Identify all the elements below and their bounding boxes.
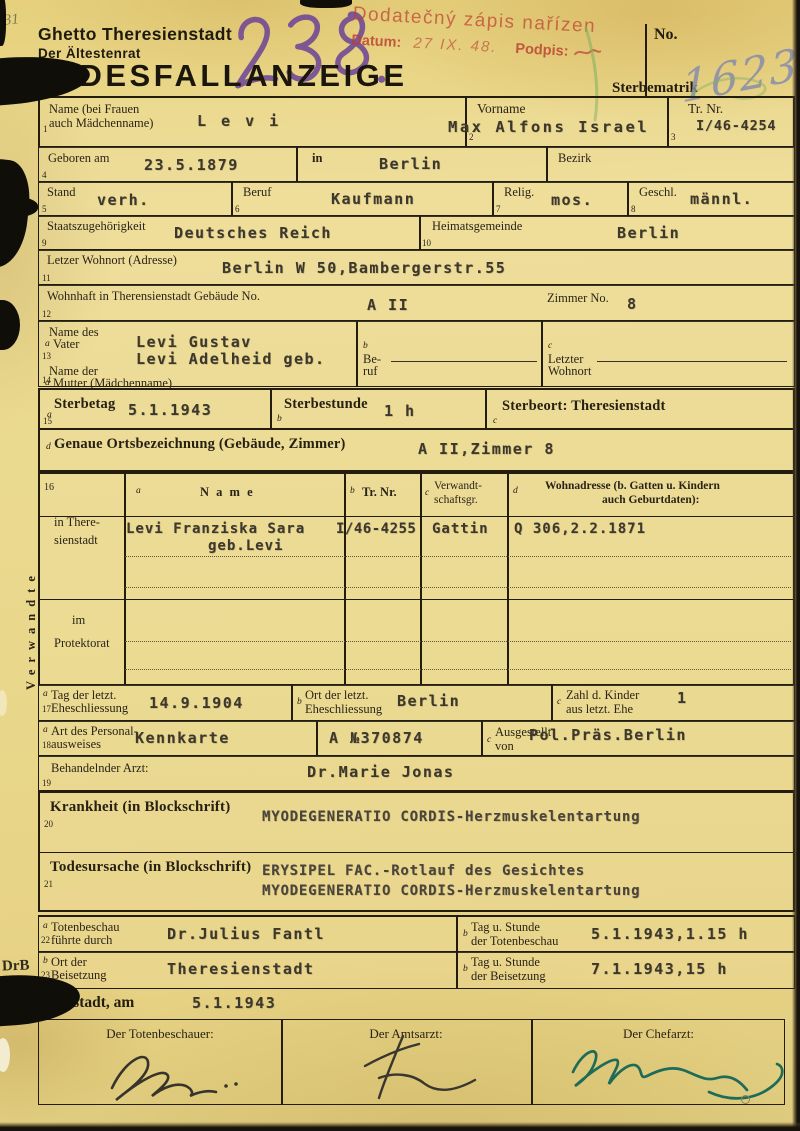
field-number: 3 bbox=[671, 132, 676, 142]
divider bbox=[296, 147, 298, 182]
sub-letter: a bbox=[43, 689, 48, 699]
sub-letter: a bbox=[43, 921, 48, 931]
death-notice-form-scan: 31 Ghetto Theresienstadt Der Ältestenrat… bbox=[0, 0, 800, 1131]
row-letzter-wohnort: Letzer Wohnort (Adresse) 11 Berlin W 50,… bbox=[38, 249, 795, 286]
geschl-value: männl. bbox=[690, 190, 753, 208]
sub-letter: c bbox=[487, 735, 491, 745]
totenbeschau-value: Dr.Julius Fantl bbox=[167, 925, 325, 943]
field-number: 22 bbox=[41, 935, 50, 945]
divider bbox=[356, 321, 358, 386]
wohnort-value: Berlin W 50,Bambergerstr.55 bbox=[222, 259, 506, 277]
relig-label: Relig. bbox=[504, 186, 534, 198]
staats-value: Deutsches Reich bbox=[174, 224, 332, 242]
ausweis-label1: Art des Personal- bbox=[51, 725, 138, 737]
relative-name-line2: geb.Levi bbox=[208, 538, 283, 554]
ehe-ort-label2: Eheschliessung bbox=[305, 703, 382, 715]
col-verwandtschaft-header1: Verwandt- bbox=[434, 480, 482, 492]
tag-totenbeschau-value: 5.1.1943,1.15 h bbox=[591, 925, 749, 943]
scan-edge-right bbox=[792, 0, 800, 1131]
divider bbox=[231, 182, 233, 216]
ort-datum-value: 5.1.1943 bbox=[192, 994, 276, 1012]
beruf-label: Beruf bbox=[243, 186, 271, 198]
row-name: Name (bei Frauen auch Mädchenname) 1 L e… bbox=[38, 96, 795, 148]
name-label: Name (bei Frauen bbox=[49, 103, 139, 115]
divider bbox=[270, 390, 272, 428]
wohnhaft-label: Wohnhaft in Therensienstadt Gebäude No. bbox=[47, 290, 260, 302]
field-number: 17 bbox=[42, 704, 51, 714]
krankheit-label: Krankheit (in Blockschrift) bbox=[50, 799, 230, 816]
ehe-label2: Eheschliessung bbox=[51, 702, 128, 714]
field-number: 20 bbox=[44, 819, 53, 829]
tag-totenbeschau-label2: der Totenbeschau bbox=[471, 935, 558, 947]
gebaeude-value: A II bbox=[367, 296, 409, 314]
divider bbox=[541, 321, 543, 386]
field-number: 4 bbox=[42, 170, 47, 180]
totenbeschau-label2: führte durch bbox=[51, 934, 112, 946]
blank-line bbox=[391, 361, 537, 362]
ehe-ort-label1: Ort der letzt. bbox=[305, 689, 369, 701]
field-number: 12 bbox=[42, 309, 51, 319]
sub-letter: b bbox=[43, 956, 48, 966]
beisetzung-value: Theresienstadt bbox=[167, 960, 314, 978]
sub-letter: a bbox=[45, 339, 50, 349]
ausgestellt-value: Pol.Präs.Berlin bbox=[529, 726, 687, 744]
zimmer-label: Zimmer No. bbox=[547, 292, 609, 304]
row-totenbeschau: a Totenbeschau führte durch 22 Dr.Julius… bbox=[38, 915, 795, 953]
kinder-label2: aus letzt. Ehe bbox=[566, 703, 633, 715]
divider bbox=[507, 474, 509, 684]
relative-wohnadresse: Q 306,2.2.1871 bbox=[514, 521, 646, 537]
ausweis-nr-value: A №370874 bbox=[329, 729, 424, 747]
tag-beisetzung-value: 7.1.1943,15 h bbox=[591, 960, 728, 978]
ausweis-label2: ausweises bbox=[51, 738, 101, 750]
trnr-value: I/46-4254 bbox=[696, 118, 776, 134]
beisetzung-label1: Ort der bbox=[51, 956, 87, 968]
divider bbox=[456, 952, 458, 988]
mutter-value: Levi Adelheid geb. bbox=[136, 350, 326, 368]
trnr-label: Tr. Nr. bbox=[688, 103, 723, 115]
sub-letter: c bbox=[493, 416, 497, 426]
field-number: 16 bbox=[44, 482, 54, 493]
relatives-table: 16 a N a m e b Tr. Nr. c Verwandt- schaf… bbox=[38, 472, 795, 686]
amtsarzt-signature bbox=[307, 1028, 507, 1100]
col-wohnadresse-header2: auch Geburtdaten): bbox=[602, 494, 699, 506]
divider bbox=[627, 182, 629, 216]
geburtsort-value: Berlin bbox=[379, 155, 442, 173]
col-wohnadresse-header1: Wohnadresse (b. Gatten u. Kindern bbox=[545, 480, 720, 492]
sterbetag-value: 5.1.1943 bbox=[128, 401, 212, 419]
todesursache-label: Todesursache (in Blockschrift) bbox=[50, 859, 251, 876]
sub-letter: c bbox=[557, 697, 561, 707]
arzt-value: Dr.Marie Jonas bbox=[307, 763, 454, 781]
heimat-label: Heimatsgemeinde bbox=[432, 220, 522, 232]
relative-trnr: I/46-4255 bbox=[336, 521, 416, 537]
stamp-datum-label: Datum: bbox=[351, 32, 402, 51]
dotted-line bbox=[125, 587, 791, 588]
ink-blot-left-1b bbox=[4, 196, 38, 218]
sub-letter: c bbox=[548, 341, 552, 351]
row-behandelnder-arzt: Behandelnder Arzt: 19 Dr.Marie Jonas bbox=[38, 755, 795, 791]
divider bbox=[124, 474, 126, 684]
ehe-ort-value: Berlin bbox=[397, 692, 460, 710]
kinder-label1: Zahl d. Kinder bbox=[566, 689, 639, 701]
row-wohnhaft: Wohnhaft in Therensienstadt Gebäude No. … bbox=[38, 284, 795, 322]
bezirk-label: Bezirk bbox=[558, 152, 591, 164]
in-label: in bbox=[312, 152, 322, 164]
section-divider bbox=[40, 599, 793, 600]
field-number: 8 bbox=[631, 204, 636, 214]
field-number: 15 bbox=[43, 416, 52, 426]
genaue-orts-label: Genaue Ortsbezeichnung (Gebäude, Zimmer) bbox=[54, 436, 346, 453]
ink-blot-left-2 bbox=[0, 300, 20, 350]
section-protektorat-label1: im bbox=[72, 614, 85, 626]
col-verwandtschaft-header2: schaftsgr. bbox=[434, 494, 478, 506]
stamp-datum-value: 27 IX. 48. bbox=[413, 35, 498, 56]
eltern-beruf-label2: ruf bbox=[363, 365, 378, 377]
geschl-label: Geschl. bbox=[639, 186, 677, 198]
tag-totenbeschau-label1: Tag u. Stunde bbox=[471, 921, 540, 933]
divider bbox=[420, 474, 422, 684]
ehe-value: 14.9.1904 bbox=[149, 694, 244, 712]
stand-value: verh. bbox=[97, 191, 150, 209]
vater-value: Levi Gustav bbox=[136, 333, 252, 351]
sub-letter: d bbox=[46, 442, 51, 452]
row-beisetzung: b Ort der Beisetzung 23 Theresienstadt b… bbox=[38, 951, 795, 989]
tag-beisetzung-label1: Tag u. Stunde bbox=[471, 956, 540, 968]
staats-label: Staatszugehörigkeit bbox=[47, 220, 146, 232]
relig-value: mos. bbox=[551, 191, 593, 209]
sub-letter: b bbox=[350, 486, 355, 496]
divider bbox=[344, 474, 346, 684]
dotted-line bbox=[125, 556, 791, 557]
heimat-value: Berlin bbox=[617, 224, 680, 242]
krankheit-value: MYODEGENERATIO CORDIS-Herzmuskelentartun… bbox=[262, 809, 640, 825]
beruf-value: Kaufmann bbox=[331, 190, 415, 208]
dotted-line bbox=[125, 669, 791, 670]
vorname-label: Vorname bbox=[477, 103, 526, 115]
field-number: 19 bbox=[42, 778, 51, 788]
stand-label: Stand bbox=[47, 186, 75, 198]
scan-edge-bottom bbox=[0, 1122, 800, 1131]
sub-letter: b bbox=[277, 414, 282, 424]
ehe-label1: Tag der letzt. bbox=[51, 689, 116, 701]
verwandte-side-label: Verwandte bbox=[24, 500, 39, 690]
row-eltern: Name des a Vater 13 Levi Gustav Levi Ade… bbox=[38, 320, 795, 387]
sub-letter: b bbox=[363, 341, 368, 351]
chefarzt-signature bbox=[559, 1032, 800, 1102]
divider bbox=[316, 721, 318, 756]
divider bbox=[667, 98, 669, 146]
section-protektorat-label2: Protektorat bbox=[54, 637, 110, 649]
row-geboren: Geboren am 4 23.5.1879 in Berlin Bezirk bbox=[38, 146, 795, 183]
section-theresienstadt-label2: sienstadt bbox=[54, 534, 98, 546]
geboren-label: Geboren am bbox=[48, 152, 109, 164]
col-trnr-header: Tr. Nr. bbox=[362, 486, 397, 498]
divider bbox=[419, 216, 421, 250]
vater-label2: Vater bbox=[53, 338, 79, 350]
field-number: 1 bbox=[43, 124, 48, 134]
wohnort-label: Letzer Wohnort (Adresse) bbox=[47, 254, 177, 266]
row-eheschliessung: a Tag der letzt. Eheschliessung 17 14.9.… bbox=[38, 684, 795, 722]
tag-beisetzung-label2: der Beisetzung bbox=[471, 970, 546, 982]
zimmer-value: 8 bbox=[627, 295, 638, 313]
todesursache-value2: MYODEGENERATIO CORDIS-Herzmuskelentartun… bbox=[262, 883, 640, 899]
eltern-wohnort-label2: Wohnort bbox=[548, 365, 591, 377]
sub-letter: b bbox=[463, 929, 468, 939]
genaue-orts-value: A II,Zimmer 8 bbox=[418, 440, 555, 458]
field-number: 6 bbox=[235, 204, 240, 214]
krankheit-box: Krankheit (in Blockschrift) 20 MYODEGENE… bbox=[38, 791, 795, 912]
field-number: 14 bbox=[42, 375, 51, 385]
print-registration-mark bbox=[741, 1095, 750, 1104]
field-number: 13 bbox=[42, 351, 51, 361]
divider bbox=[40, 852, 793, 853]
paper-tear-left-2 bbox=[0, 1038, 10, 1072]
todesursache-value1: ERYSIPEL FAC.-Rotlauf des Gesichtes bbox=[262, 863, 585, 879]
org-name-line1: Ghetto Theresienstadt bbox=[38, 24, 232, 45]
field-number: 5 bbox=[42, 204, 47, 214]
ausgestellt-label2: von bbox=[495, 740, 514, 752]
field-number: 21 bbox=[44, 879, 53, 889]
sub-letter: d bbox=[513, 486, 518, 496]
divider bbox=[551, 685, 553, 721]
sub-letter: a bbox=[43, 725, 48, 735]
no-label: No. bbox=[654, 26, 678, 44]
stamp-podpis-label: Podpis: bbox=[515, 41, 569, 60]
field-number: 10 bbox=[422, 238, 431, 248]
relative-verwandtschaft: Gattin bbox=[432, 521, 489, 537]
ausweis-value: Kennkarte bbox=[135, 729, 230, 747]
row-personalausweis: a Art des Personal- ausweises 18 Kennkar… bbox=[38, 720, 795, 757]
header-underline bbox=[40, 516, 793, 517]
blank-line bbox=[597, 361, 787, 362]
row-staatszugehoerigkeit: Staatszugehörigkeit 9 Deutsches Reich He… bbox=[38, 215, 795, 251]
totenbeschau-label1: Totenbeschau bbox=[51, 921, 120, 933]
sterbeort-label: Sterbeort: Theresienstadt bbox=[502, 398, 666, 415]
name-label2: auch Mädchenname) bbox=[49, 117, 153, 129]
divider bbox=[546, 147, 548, 182]
relative-name-line1: Levi Franziska Sara bbox=[126, 521, 305, 537]
field-number: 11 bbox=[42, 273, 51, 283]
name-value: L e v i bbox=[197, 112, 281, 130]
field-number: 18 bbox=[42, 740, 51, 750]
sub-letter: b bbox=[463, 964, 468, 974]
sterbestunde-value: 1 h bbox=[384, 402, 416, 420]
arzt-label: Behandelnder Arzt: bbox=[51, 762, 149, 774]
totenbeschauer-signature bbox=[84, 1040, 284, 1102]
divider bbox=[291, 685, 293, 721]
ink-blot-top bbox=[300, 0, 352, 8]
col-name-header: N a m e bbox=[200, 486, 255, 498]
edge-shadow-top-left bbox=[0, 0, 6, 46]
side-stamp: DrB bbox=[2, 958, 30, 976]
divider bbox=[40, 428, 793, 430]
sterbestunde-label: Sterbestunde bbox=[284, 396, 368, 413]
sub-letter: c bbox=[425, 488, 429, 498]
divider bbox=[456, 917, 458, 952]
vorname-value: Max Alfons Israel bbox=[448, 118, 649, 136]
dotted-line bbox=[125, 641, 791, 642]
sterbetag-label: Sterbetag bbox=[54, 396, 115, 413]
paper-tear-left-1 bbox=[0, 690, 7, 716]
section-theresienstadt-label1: in There- bbox=[54, 516, 100, 528]
field-number: 9 bbox=[42, 238, 47, 248]
sub-letter: a bbox=[136, 486, 141, 496]
sub-letter: b bbox=[297, 697, 302, 707]
kinder-value: 1 bbox=[677, 689, 688, 707]
geboren-value: 23.5.1879 bbox=[144, 156, 239, 174]
signature-section: Der Totenbeschauer: Der Amtsarzt: Der Ch… bbox=[38, 1019, 785, 1105]
row-stand: Stand 5 verh. Beruf 6 Kaufmann Relig. 7 … bbox=[38, 181, 795, 217]
row-sterbetag: Sterbetag a 15 5.1.1943 Sterbestunde b 1… bbox=[38, 388, 795, 472]
divider bbox=[485, 390, 487, 428]
divider bbox=[481, 721, 483, 756]
divider bbox=[492, 182, 494, 216]
field-number: 7 bbox=[496, 204, 501, 214]
